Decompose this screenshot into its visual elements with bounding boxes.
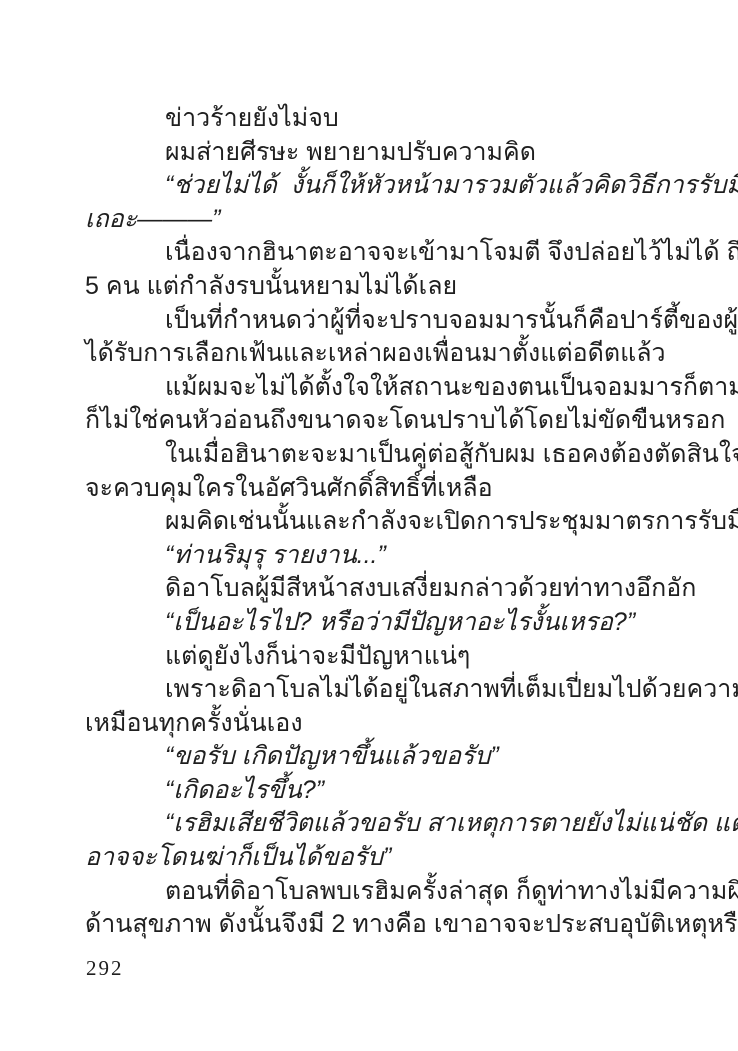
text-line: ตอนที่ดิอาโบลพบเรฮิมครั้งล่าสุด ก็ดูท่าท… [85, 875, 685, 909]
text-line: “เกิดอะไรขึ้น?” [85, 774, 685, 808]
text-line: แต่ดูยังไงก็น่าจะมีปัญหาแน่ๆ [85, 640, 685, 674]
page-number: 292 [86, 956, 124, 981]
book-page: ข่าวร้ายยังไม่จบผมส่ายศีรษะ พยายามปรับคว… [0, 0, 738, 1051]
text-line: อาจจะโดนฆ่าก็เป็นได้ขอรับ” [85, 841, 685, 875]
text-line: เป็นที่กำหนดว่าผู้ที่จะปราบจอมมารนั้นก็ค… [85, 304, 685, 338]
text-line: ก็ไม่ใช่คนหัวอ่อนถึงขนาดจะโดนปราบได้โดยไ… [85, 404, 685, 438]
text-line: ดิอาโบลผู้มีสีหน้าสงบเสงี่ยมกล่าวด้วยท่า… [85, 572, 685, 606]
text-line: ผมส่ายศีรษะ พยายามปรับความคิด [85, 136, 685, 170]
text-lines: ข่าวร้ายยังไม่จบผมส่ายศีรษะ พยายามปรับคว… [85, 102, 685, 942]
text-line: “ขอรับ เกิดปัญหาขึ้นแล้วขอรับ” [85, 740, 685, 774]
text-line: “ช่วยไม่ได้ งั้นก็ให้หัวหน้ามารวมตัวแล้ว… [85, 169, 685, 203]
text-line: ได้รับการเลือกเฟ้นและเหล่าผองเพื่อนมาตั้… [85, 337, 685, 371]
text-line: “ท่านริมุรุ รายงาน...” [85, 539, 685, 573]
text-line: ข่าวร้ายยังไม่จบ [85, 102, 685, 136]
text-line: 5 คน แต่กำลังรบนั้นหยามไม่ได้เลย [85, 270, 685, 304]
text-line: จะควบคุมใครในอัศวินศักดิ์สิทธิ์ที่เหลือ [85, 472, 685, 506]
text-line: ผมคิดเช่นนั้นและกำลังจะเปิดการประชุมมาตร… [85, 505, 685, 539]
text-line: เนื่องจากฮินาตะอาจจะเข้ามาโจมตี จึงปล่อย… [85, 236, 685, 270]
text-line: ด้านสุขภาพ ดังนั้นจึงมี 2 ทางคือ เขาอาจจ… [85, 908, 685, 942]
text-line: แม้ผมจะไม่ได้ตั้งใจให้สถานะของตนเป็นจอมม… [85, 371, 685, 405]
text-line: “เรฮิมเสียชีวิตแล้วขอรับ สาเหตุการตายยัง… [85, 807, 685, 841]
text-line: เหมือนทุกครั้งนั่นเอง [85, 707, 685, 741]
text-line: ในเมื่อฮินาตะจะมาเป็นคู่ต่อสู้กับผม เธอค… [85, 438, 685, 472]
text-line: “เป็นอะไรไป? หรือว่ามีปัญหาอะไรงั้นเหรอ?… [85, 606, 685, 640]
text-line: เพราะดิอาโบลไม่ได้อยู่ในสภาพที่เต็มเปี่ย… [85, 673, 685, 707]
text-line: เถอะ———” [85, 203, 685, 237]
